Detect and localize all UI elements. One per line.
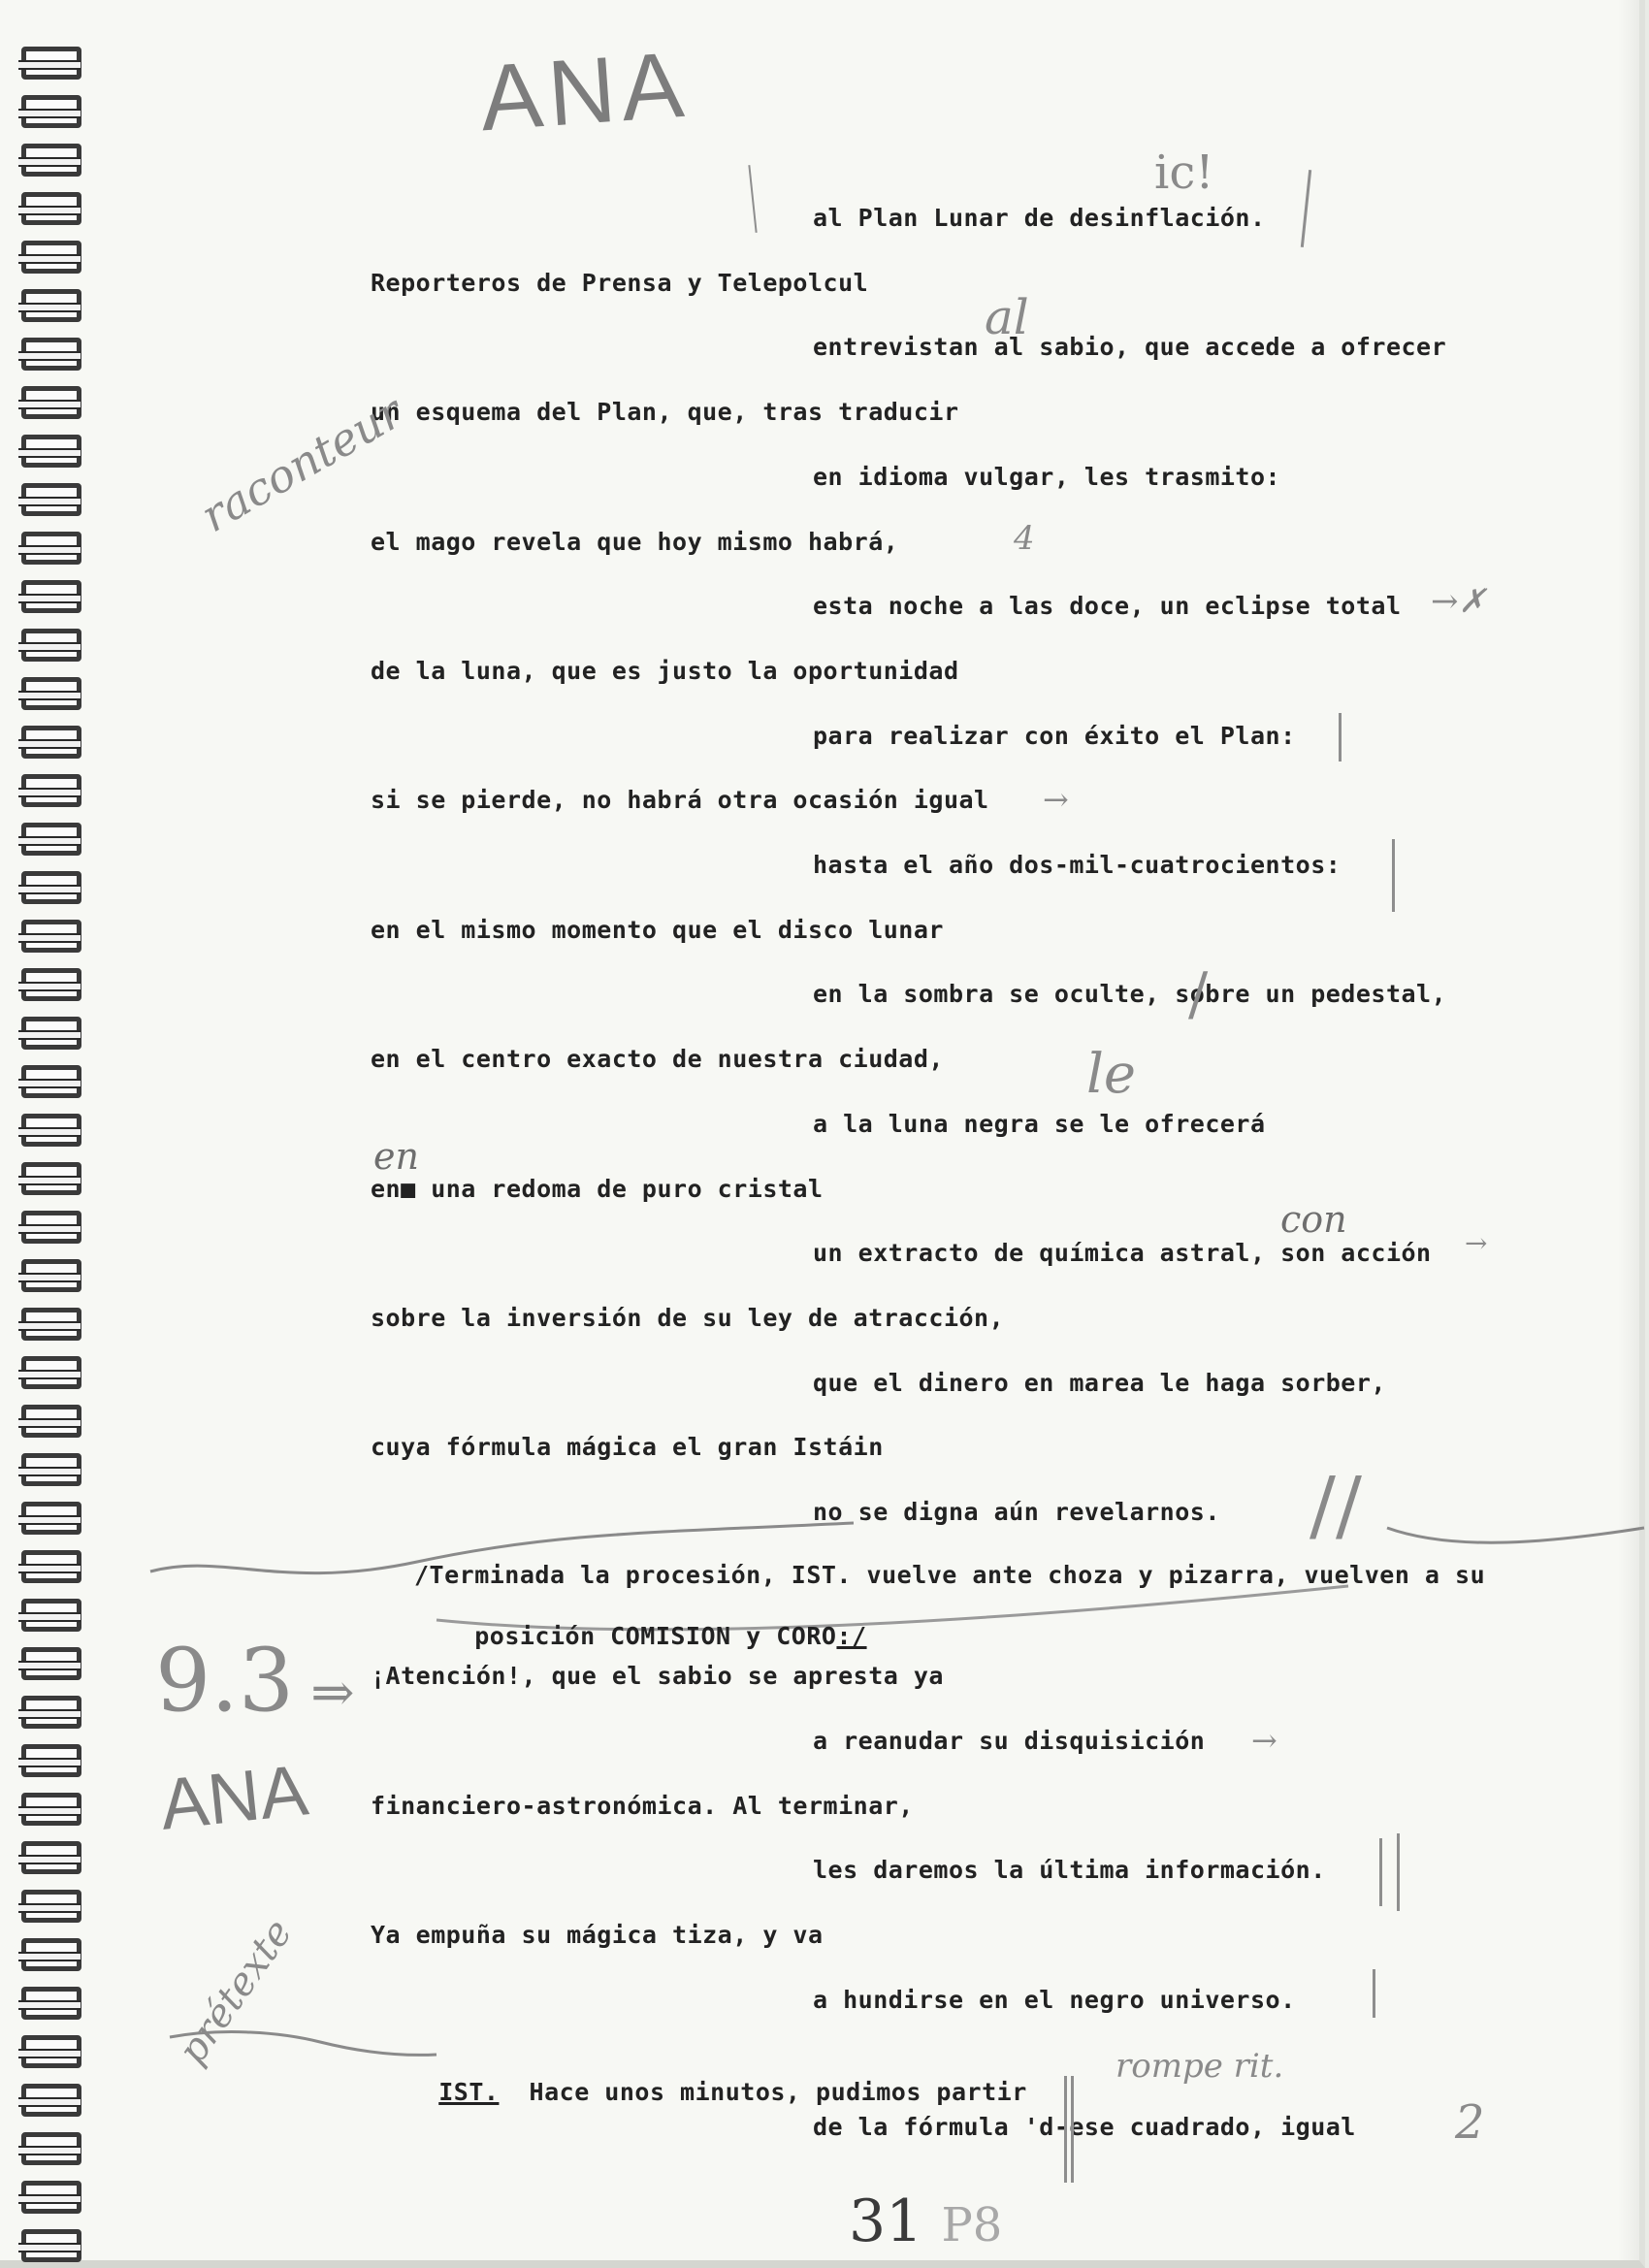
spiral-ring <box>21 1114 81 1147</box>
typed-line: en el mismo momento que el disco lunar <box>371 916 944 944</box>
spiral-ring <box>21 2181 81 2214</box>
margin-bar-final-2 <box>1397 1833 1400 1911</box>
margin-bar-cuatrocientos <box>1392 839 1395 912</box>
double-bar-right <box>1071 2076 1074 2183</box>
spiral-ring <box>21 871 81 904</box>
spiral-ring <box>21 435 81 468</box>
spiral-binding <box>0 0 87 2268</box>
typed-line: que el dinero en marea le haga sorber, <box>813 1369 1386 1397</box>
margin-bar-final-1 <box>1379 1838 1382 1906</box>
annotation-arrow-igual: → <box>1043 781 1069 818</box>
spiral-ring <box>21 1599 81 1632</box>
spiral-ring <box>21 289 81 322</box>
spiral-ring <box>21 968 81 1001</box>
spiral-ring <box>21 1744 81 1777</box>
spiral-ring <box>21 1550 81 1583</box>
double-bar-left <box>1064 2076 1067 2183</box>
spiral-ring <box>21 1162 81 1195</box>
typed-line: en la sombra se oculte, sobre un pedesta… <box>813 980 1446 1008</box>
typed-line: esta noche a las doce, un eclipse total <box>813 592 1402 620</box>
spiral-ring <box>21 1453 81 1486</box>
spiral-ring <box>21 2035 81 2068</box>
spiral-ring <box>21 726 81 759</box>
typed-line: a la luna negra se le ofrecerá <box>813 1110 1266 1138</box>
spiral-ring <box>21 532 81 565</box>
stage-direction-line-1: /Terminada la procesión, IST. vuelve ant… <box>414 1561 1485 1589</box>
spiral-ring <box>21 1017 81 1050</box>
annotation-ic: ic! <box>1154 146 1214 200</box>
last-line: de la fórmula 'd-ese cuadrado, igual <box>813 2113 1356 2141</box>
typed-line: de la luna, que es justo la oportunidad <box>371 657 959 685</box>
spiral-ring <box>21 677 81 710</box>
typed-line: un esquema del Plan, que, tras traducir <box>371 398 959 426</box>
spiral-ring <box>21 580 81 613</box>
margin-bar-universo <box>1373 1969 1375 2018</box>
annotation-arrow-total: →✗ <box>1431 582 1486 621</box>
spiral-ring <box>21 1356 81 1389</box>
annotation-cue-number: 9.3 ⇒ <box>155 1630 355 1732</box>
stage-direction-text: posición COMISION y CORO <box>474 1622 836 1650</box>
typed-line: financiero-astronómica. Al terminar, <box>371 1792 914 1820</box>
typed-line: cuya fórmula mágica el gran Istáin <box>371 1433 884 1461</box>
spiral-ring <box>21 1841 81 1874</box>
typed-line: en■ una redoma de puro cristal <box>371 1175 824 1203</box>
spiral-ring <box>21 823 81 856</box>
annotation-raconteur: raconteur <box>192 385 411 542</box>
margin-loop-left <box>748 165 757 233</box>
spiral-ring <box>21 629 81 662</box>
margin-bar-plan <box>1339 713 1342 761</box>
annotation-arrow-accion: → <box>1465 1227 1487 1259</box>
typed-line: si se pierde, no habrá otra ocasión igua… <box>371 786 989 814</box>
spiral-ring <box>21 1308 81 1341</box>
spiral-ring <box>21 774 81 807</box>
spiral-ring <box>21 1938 81 1971</box>
spiral-ring <box>21 2084 81 2117</box>
annotation-ana-mid: ANA <box>156 1748 311 1845</box>
typed-line: al Plan Lunar de desinflación. <box>813 204 1266 232</box>
margin-bar-top <box>1301 170 1311 247</box>
spiral-ring <box>21 1696 81 1729</box>
typed-line: Reporteros de Prensa y Telepolcul <box>371 269 868 297</box>
spiral-ring <box>21 1065 81 1098</box>
typed-line: Ya empuña su mágica tiza, y va <box>371 1921 824 1949</box>
spiral-ring <box>21 1502 81 1535</box>
stage-direction-close: :/ <box>836 1622 866 1650</box>
spiral-ring <box>21 1793 81 1826</box>
typed-line: a reanudar su disquisición <box>813 1727 1205 1755</box>
typed-line: les daremos la última información. <box>813 1856 1326 1884</box>
annotation-arrow-disquisicion: → <box>1251 1722 1277 1759</box>
spiral-ring <box>21 47 81 80</box>
spiral-ring <box>21 241 81 274</box>
typed-line: sobre la inversión de su ley de atracció… <box>371 1304 1004 1332</box>
spiral-ring <box>21 1405 81 1438</box>
spiral-ring <box>21 95 81 128</box>
typed-line: en idioma vulgar, les trasmito: <box>813 463 1280 491</box>
annotation-two: 2 <box>1455 2095 1485 2150</box>
spiral-ring <box>21 1890 81 1923</box>
annotation-pretexte-line <box>165 2008 456 2066</box>
spiral-ring <box>21 338 81 371</box>
speaker-name: IST. <box>438 2078 499 2106</box>
spiral-ring <box>21 144 81 177</box>
annotation-en: en <box>373 1135 419 1178</box>
notebook-page: ANA ic! al Plan Lunar de desinflación.Re… <box>0 0 1645 2268</box>
typed-line: un extracto de química astral, son acció… <box>813 1239 1432 1267</box>
spiral-ring <box>21 2229 81 2262</box>
spiral-ring <box>21 1259 81 1292</box>
spiral-ring <box>21 386 81 419</box>
typed-line: en el centro exacto de nuestra ciudad, <box>371 1045 944 1073</box>
spiral-ring <box>21 1211 81 1244</box>
annotation-four: 4 <box>1014 519 1035 558</box>
spiral-ring <box>21 2132 81 2165</box>
typed-line: entrevistan al sabio, que accede a ofrec… <box>813 333 1446 361</box>
page-number: 31 P8 <box>849 2187 1002 2255</box>
spiral-ring <box>21 192 81 225</box>
spiral-ring <box>21 483 81 516</box>
typed-line: para realizar con éxito el Plan: <box>813 722 1296 750</box>
spiral-ring <box>21 920 81 953</box>
spiral-ring <box>21 1647 81 1680</box>
annotation-al: al <box>985 289 1029 345</box>
annotation-ana-top: ANA <box>476 32 693 153</box>
annotation-con: con <box>1280 1198 1347 1241</box>
annotation-rompe-ritmo: rompe rit. <box>1115 2047 1283 2086</box>
typed-line: a hundirse en el negro universo. <box>813 1986 1296 2014</box>
spiral-ring <box>21 1987 81 2020</box>
annotation-slash: / <box>1188 960 1208 1028</box>
typed-line: el mago revela que hoy mismo habrá, <box>371 528 898 556</box>
typed-line: hasta el año dos-mil-cuatrocientos: <box>813 851 1341 879</box>
speaker-text: Hace unos minutos, pudimos partir <box>530 2078 1027 2106</box>
annotation-le: le <box>1086 1043 1136 1106</box>
typed-line: ¡Atención!, que el sabio se apresta ya <box>371 1662 944 1690</box>
